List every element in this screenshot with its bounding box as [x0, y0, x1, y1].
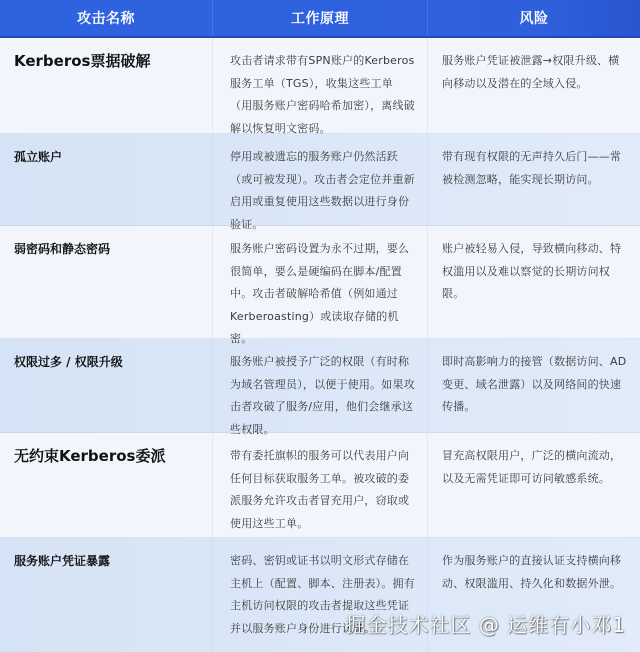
attack-name: 孤立账户: [0, 134, 213, 225]
attack-name: 权限过多 / 权限升级: [0, 339, 213, 432]
attack-how: 带有委托旗帜的服务可以代表用户向任何目标获取服务工单。被攻破的委派服务允许攻击者…: [213, 433, 428, 537]
attack-risk: 冒充高权限用户，广泛的横向流动，以及无需凭证即可访问敏感系统。: [428, 433, 640, 537]
attack-name: Kerberos票据破解: [0, 38, 213, 133]
header-attack-name: 攻击名称: [0, 0, 213, 36]
attack-name: 弱密码和静态密码: [0, 226, 213, 338]
header-risk: 风险: [428, 0, 640, 36]
table-row: 孤立账户 停用或被遗忘的服务账户仍然活跃（或可被发现）。攻击者会定位并重新启用或…: [0, 134, 640, 226]
table-header: 攻击名称 工作原理 风险: [0, 0, 640, 38]
attack-table: 攻击名称 工作原理 风险 Kerberos票据破解 攻击者请求带有SPN账户的K…: [0, 0, 640, 652]
watermark: 掘金技术社区 @ 运维有小邓1: [346, 609, 626, 638]
attack-how: 服务账户密码设置为永不过期，要么很简单，要么是硬编码在脚本/配置中。攻击者破解哈…: [213, 226, 428, 338]
attack-risk: 即时高影响力的接管（数据访问、AD变更、域名泄露）以及网络间的快速传播。: [428, 339, 640, 432]
header-how-it-works: 工作原理: [213, 0, 428, 36]
attack-name: 无约束Kerberos委派: [0, 433, 213, 537]
table-row: 权限过多 / 权限升级 服务账户被授予广泛的权限（有时称为域名管理员），以便于使…: [0, 339, 640, 433]
table-row: 无约束Kerberos委派 带有委托旗帜的服务可以代表用户向任何目标获取服务工单…: [0, 433, 640, 538]
table-row: Kerberos票据破解 攻击者请求带有SPN账户的Kerberos服务工单（T…: [0, 38, 640, 134]
attack-how: 停用或被遗忘的服务账户仍然活跃（或可被发现）。攻击者会定位并重新启用或重复使用这…: [213, 134, 428, 225]
attack-risk: 带有现有权限的无声持久后门——常被检测忽略，能实现长期访问。: [428, 134, 640, 225]
attack-risk: 服务账户凭证被泄露→权限升级、横向移动以及潜在的全域入侵。: [428, 38, 640, 133]
attack-name: 服务账户凭证暴露: [0, 538, 213, 652]
attack-risk: 账户被轻易入侵，导致横向移动、特权滥用以及难以察觉的长期访问权限。: [428, 226, 640, 338]
table-row: 弱密码和静态密码 服务账户密码设置为永不过期，要么很简单，要么是硬编码在脚本/配…: [0, 226, 640, 339]
attack-how: 服务账户被授予广泛的权限（有时称为域名管理员），以便于使用。如果攻击者攻破了服务…: [213, 339, 428, 432]
attack-how: 攻击者请求带有SPN账户的Kerberos服务工单（TGS），收集这些工单（用服…: [213, 38, 428, 133]
